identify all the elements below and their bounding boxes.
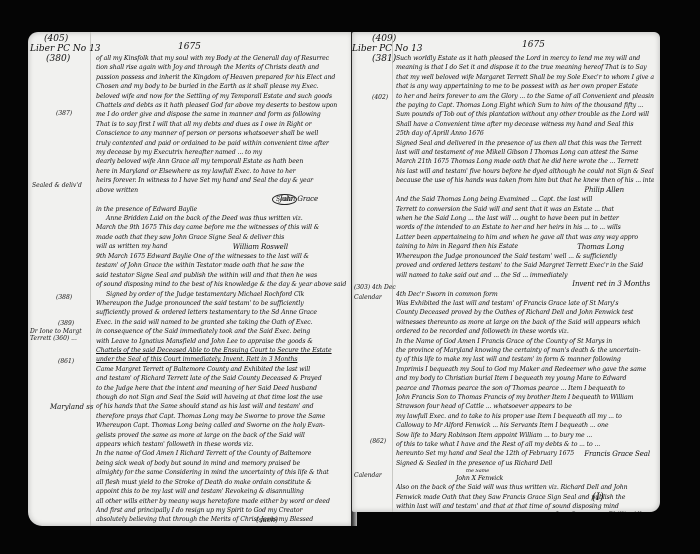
text-line: all flesh must yield to the Stroke of De… [96,478,348,487]
text-line: made oath that they saw John Grace Signe… [96,233,348,242]
text-line: Saviour and Redeemer I shall receive ful… [96,525,348,526]
text-line: absolutely believing that through the Me… [96,515,348,524]
signature-john-grace: John Grace [96,195,348,204]
text-line: beloved wife and now for the Settling of… [96,92,348,101]
text-line: heirs forever. In witness to I have Set … [96,176,348,185]
text-line: above written [96,186,348,195]
text-line: because the use of his hands was taken f… [396,176,654,185]
text-line: Shall have a Convenient time after my de… [396,120,654,129]
text-line: in consequence of the Said immediately t… [96,327,348,336]
text-line: when he the Said Long ... the last will … [396,214,654,223]
text-line: within last will and testam' and that at… [396,502,654,511]
text-line: Such worldly Estate as it hath pleased t… [396,54,654,63]
text-line: Signed by order of the Judge testamentar… [96,290,348,299]
text-line: tion shall rise again with Joy and throu… [96,63,348,72]
text-line: meaning is that I do Set it and dispose … [396,63,654,72]
text-line: last will and testament of me Mikell Gib… [396,148,654,157]
text-line: that is any way appertaining to me to be… [396,82,654,91]
text-line: being sick weak of body but sound in min… [96,459,348,468]
text-line: that my well beloved wife Margaret Terre… [396,73,654,82]
left-liber-label: Liber PC No 13 [30,44,101,54]
text-line: me I do order give and dispose the same … [96,110,348,119]
text-line: therefore prays that Capt. Thomas Long m… [96,412,348,421]
margin-note: (388) [56,294,72,301]
text-line: And the Said Thomas Long being Examined … [396,195,654,204]
text-line: to her and heirs forever to am the Glory… [396,92,654,101]
margin-note: Sealed & deliv'd [32,182,92,189]
text-line: in the presence of Edward Baylie [96,205,348,214]
text-line: of sound disposing mind to the best of h… [96,280,348,289]
margin-note: Dr Ione to Margt Terrett (360) ... [30,328,88,342]
text-line: of his hands that the Same should stand … [96,402,348,411]
right-page: 1675 (409) Liber PC No 13 (381) (402) (3… [352,32,660,512]
text-line: Strawson four head of Cattle ... whatsoe… [396,402,654,411]
text-line: and my body to Christian burial Item I b… [396,374,654,383]
text-line: here in Maryland or Elsewhere as my lawf… [96,167,348,176]
text-line: And first and principally I do resign up… [96,506,348,515]
text-line: Was Exhibited the last will and testam' … [396,299,654,308]
text-line: though do not Sign and Seal the Said wil… [96,393,348,402]
text-line: testam' of John Grace the within Testato… [96,261,348,270]
right-liber-ref: (409) [372,34,396,44]
text-line: with Leave to Ignatius Mansfield and Joh… [96,337,348,346]
margin-note: (862) [370,438,386,445]
text-line: Latter been appertaineing to him and whe… [396,233,654,242]
catchword: (I) [592,492,604,503]
text-line: Fenwick made Oath that they Saw Francis … [396,493,654,502]
text-line: sufficiently proved & ordered letters te… [96,308,348,317]
text-line: In the name of God Amen I Richard Terret… [96,449,348,458]
left-page-number: 1675 [178,42,201,52]
text-line: pearce and Thomas pearce the son of Thom… [396,384,654,393]
text-line: Signed & Sealed in the presence of us Ri… [396,459,654,468]
text-line: Invent ret in 3 Months [396,280,654,289]
right-page-number: 1675 [522,40,545,50]
margin-note: Maryland ss [50,404,93,411]
text-line: Whereupon Capt. Thomas Long being called… [96,421,348,430]
left-page: 1675 (405) Liber PC No 13 (380) (387) Se… [28,32,353,526]
text-line: 4th Dec'r Sworn in common form [396,290,654,299]
text-line: gelists proved the same as more at large… [96,431,348,440]
text-line: ty of this life to make my last will and… [396,355,654,364]
text-line: Terrett to conversion the Said will and … [396,205,654,214]
text-line: Conscience to any manner of person or pe… [96,129,348,138]
text-line: Chattels of the said Deceased Able to th… [96,346,348,355]
text-line: Chosen and my body to be buried in the E… [96,82,348,91]
right-margin-rule [392,32,393,512]
text-line: John X Fenwick [396,474,654,483]
margin-note: (303) 4th Dec [354,284,396,291]
text-line: Signed Seal and delivered in the presenc… [396,139,654,148]
margin-note: (389) [58,320,74,327]
text-line: witnesses thereunto as more at large on … [396,318,654,327]
text-line: Sum pounds of Tob out of this plantation… [396,110,654,119]
catchword: (such) [256,516,278,524]
text-line: appears which testam' followeth in these… [96,440,348,449]
left-liber-sub: (380) [46,54,70,64]
text-line: all other wills either by meany ways her… [96,497,348,506]
right-liber-label: Liber PC No 13 [352,44,423,54]
text-line: That is to say first I will that all my … [96,120,348,129]
text-line: Exec. in the said will named to be grant… [96,318,348,327]
text-line: John Francis Son to Thomas Francis of my… [396,393,654,402]
text-line: Also on the back of the Said will was th… [396,483,654,492]
text-line: the paying to Capt. Thomas Long Eight wh… [396,101,654,110]
text-line: Anne Bridden Laid on the back of the Dee… [96,214,348,223]
text-line: Calloway to Mr Alford Fenwick ... his Se… [396,421,654,430]
text-line: Sow life to Mary Robinson Item appoint W… [396,431,654,440]
text-line: Whereupon the Judge pronounced the Said … [396,252,654,261]
text-line: In the Name of God Amen I Francis Grace … [396,337,654,346]
text-line: words of the intended to an Estate to he… [396,223,654,232]
text-line: Whereupon the Judge pronounced the said … [96,299,348,308]
text-line: will named to take said out and ... the … [396,271,654,280]
left-page-text: of all my Kinsfolk that my soul with my … [96,54,348,526]
left-margin-rule [90,32,91,526]
right-liber-sub: (381) [372,54,396,64]
seal-mark: Seale [272,194,297,205]
text-line: his last will and testam' five hours bef… [396,167,654,176]
text-line: proved and ordered letters testam' to th… [396,261,654,270]
margin-note: (402) [372,94,388,101]
text-line: County Deceased proved by the Oathes of … [396,308,654,317]
text-line: Imprimis I bequeath my Soul to God my Ma… [396,365,654,374]
text-line: ordered to be recorded and followeth in … [396,327,654,336]
margin-note: Calendar [354,294,382,301]
text-line: to the Judge here that the intent and me… [96,384,348,393]
text-line: under the Seal of this Court immediately… [96,355,348,364]
margin-note: Calendar [354,472,382,479]
text-line: of this to take what I have and the Rest… [396,440,654,449]
signature-philip-allen: Philip Allen [396,186,654,195]
text-line: Came Margret Terrett of Baltemore County… [96,365,348,374]
text-line: March 21th 1675 Thomas Long made oath th… [396,157,654,166]
right-page-text: Such worldly Estate as it hath pleased t… [396,54,654,512]
margin-note: (387) [56,110,72,117]
text-line: of all my Kinsfolk that my soul with my … [96,54,348,63]
text-line: 25th day of Aprill Anno 1676 [396,129,654,138]
text-line: truly contented and paid or ordained to … [96,139,348,148]
text-line: almighty for the same Considering in min… [96,468,348,477]
text-line: my decease by my Executrix hereafter nam… [96,148,348,157]
text-line: said testator Signe Seal and publish the… [96,271,348,280]
text-line: my lawfull Exec. and to take to his prop… [396,412,654,421]
text-line: appoint this to be my last will and test… [96,487,348,496]
left-liber-ref: (405) [44,34,68,44]
margin-note: (861) [58,358,74,365]
text-line: dearly beloved wife Ann Grace all my tem… [96,157,348,166]
text-line: Chattels and debts as it hath pleased Go… [96,101,348,110]
text-line: and testam' of Richard Terrett late of t… [96,374,348,383]
text-line: passion possess and inherit the Kingdom … [96,73,348,82]
text-line: March the 9th 1675 This day came before … [96,223,348,232]
text-line: 9th March 1675 Edward Baylie One of the … [96,252,348,261]
text-line: the province of Maryland knowing the cer… [396,346,654,355]
